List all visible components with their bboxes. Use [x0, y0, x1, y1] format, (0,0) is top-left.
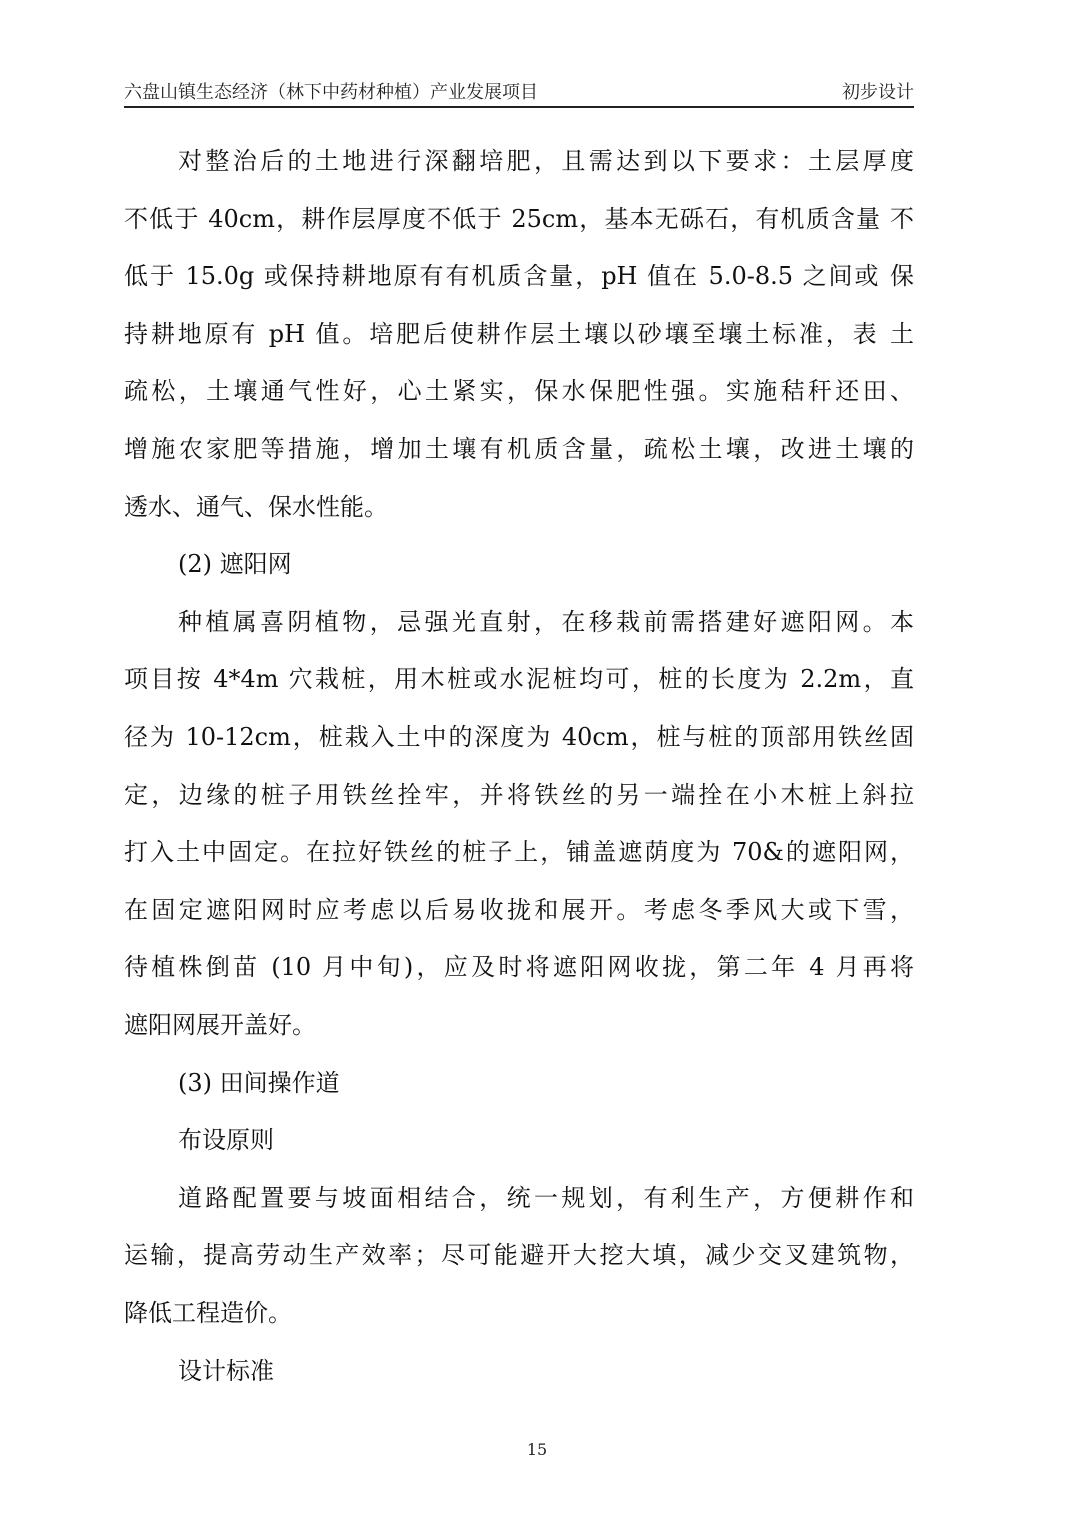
text-line: 透水、通气、保水性能。	[124, 479, 914, 535]
header-bar: 六盘山镇生态经济（林下中药材种植）产业发展项目 初步设计	[124, 78, 914, 104]
text-line: 待植株倒苗 (10 月中旬)，应及时将遮阳网收拢，第二年 4 月再将	[124, 939, 914, 995]
section-heading-field-path: (3) 田间操作道	[124, 1055, 914, 1111]
text-line: 持耕地原有 pH 值。培肥后使耕作层土壤以砂壤至壤土标准，表 土	[124, 306, 914, 362]
text-line: 种植属喜阴植物，忌强光直射，在移栽前需搭建好遮阳网。本	[124, 594, 914, 650]
text-line: 在固定遮阳网时应考虑以后易收拢和展开。考虑冬季风大或下雪，	[124, 882, 914, 938]
text-line: 不低于 40cm，耕作层厚度不低于 25cm，基本无砾石，有机质含量 不	[124, 191, 914, 247]
text-line: 遮阳网展开盖好。	[124, 997, 914, 1053]
text-line: 疏松，土壤通气性好，心土紧实，保水保肥性强。实施秸秆还田、	[124, 363, 914, 419]
text-line: 增施农家肥等措施，增加土壤有机质含量，疏松土壤，改进土壤的	[124, 421, 914, 477]
text-line: 对整治后的土地进行深翻培肥，且需达到以下要求：土层厚度	[124, 133, 914, 189]
text-line: 径为 10-12cm，桩栽入土中的深度为 40cm，桩与桩的顶部用铁丝固	[124, 709, 914, 765]
text-line: 道路配置要与坡面相结合，统一规划，有利生产，方便耕作和	[124, 1170, 914, 1226]
text-line: 运输，提高劳动生产效率；尽可能避开大挖大填，减少交叉建筑物，	[124, 1227, 914, 1283]
text-line: 低于 15.0g 或保持耕地原有有机质含量，pH 值在 5.0-8.5 之间或 …	[124, 248, 914, 304]
header-divider	[124, 106, 914, 108]
section-label: 初步设计	[842, 78, 914, 104]
subheading-design-standard: 设计标准	[124, 1343, 914, 1399]
text-line: 定，边缘的桩子用铁丝拴牢，并将铁丝的另一端拴在小木桩上斜拉	[124, 767, 914, 823]
subheading-layout-principles: 布设原则	[124, 1112, 914, 1168]
text-line: 项目按 4*4m 穴栽桩，用木桩或水泥桩均可，桩的长度为 2.2m，直	[124, 651, 914, 707]
document-title: 六盘山镇生态经济（林下中药材种植）产业发展项目	[124, 78, 538, 104]
text-line: 降低工程造价。	[124, 1285, 914, 1341]
text-line: 打入土中固定。在拉好铁丝的桩子上，铺盖遮荫度为 70&的遮阳网，	[124, 824, 914, 880]
page-number: 15	[0, 1440, 1074, 1459]
section-heading-shade-net: (2) 遮阳网	[124, 536, 914, 592]
